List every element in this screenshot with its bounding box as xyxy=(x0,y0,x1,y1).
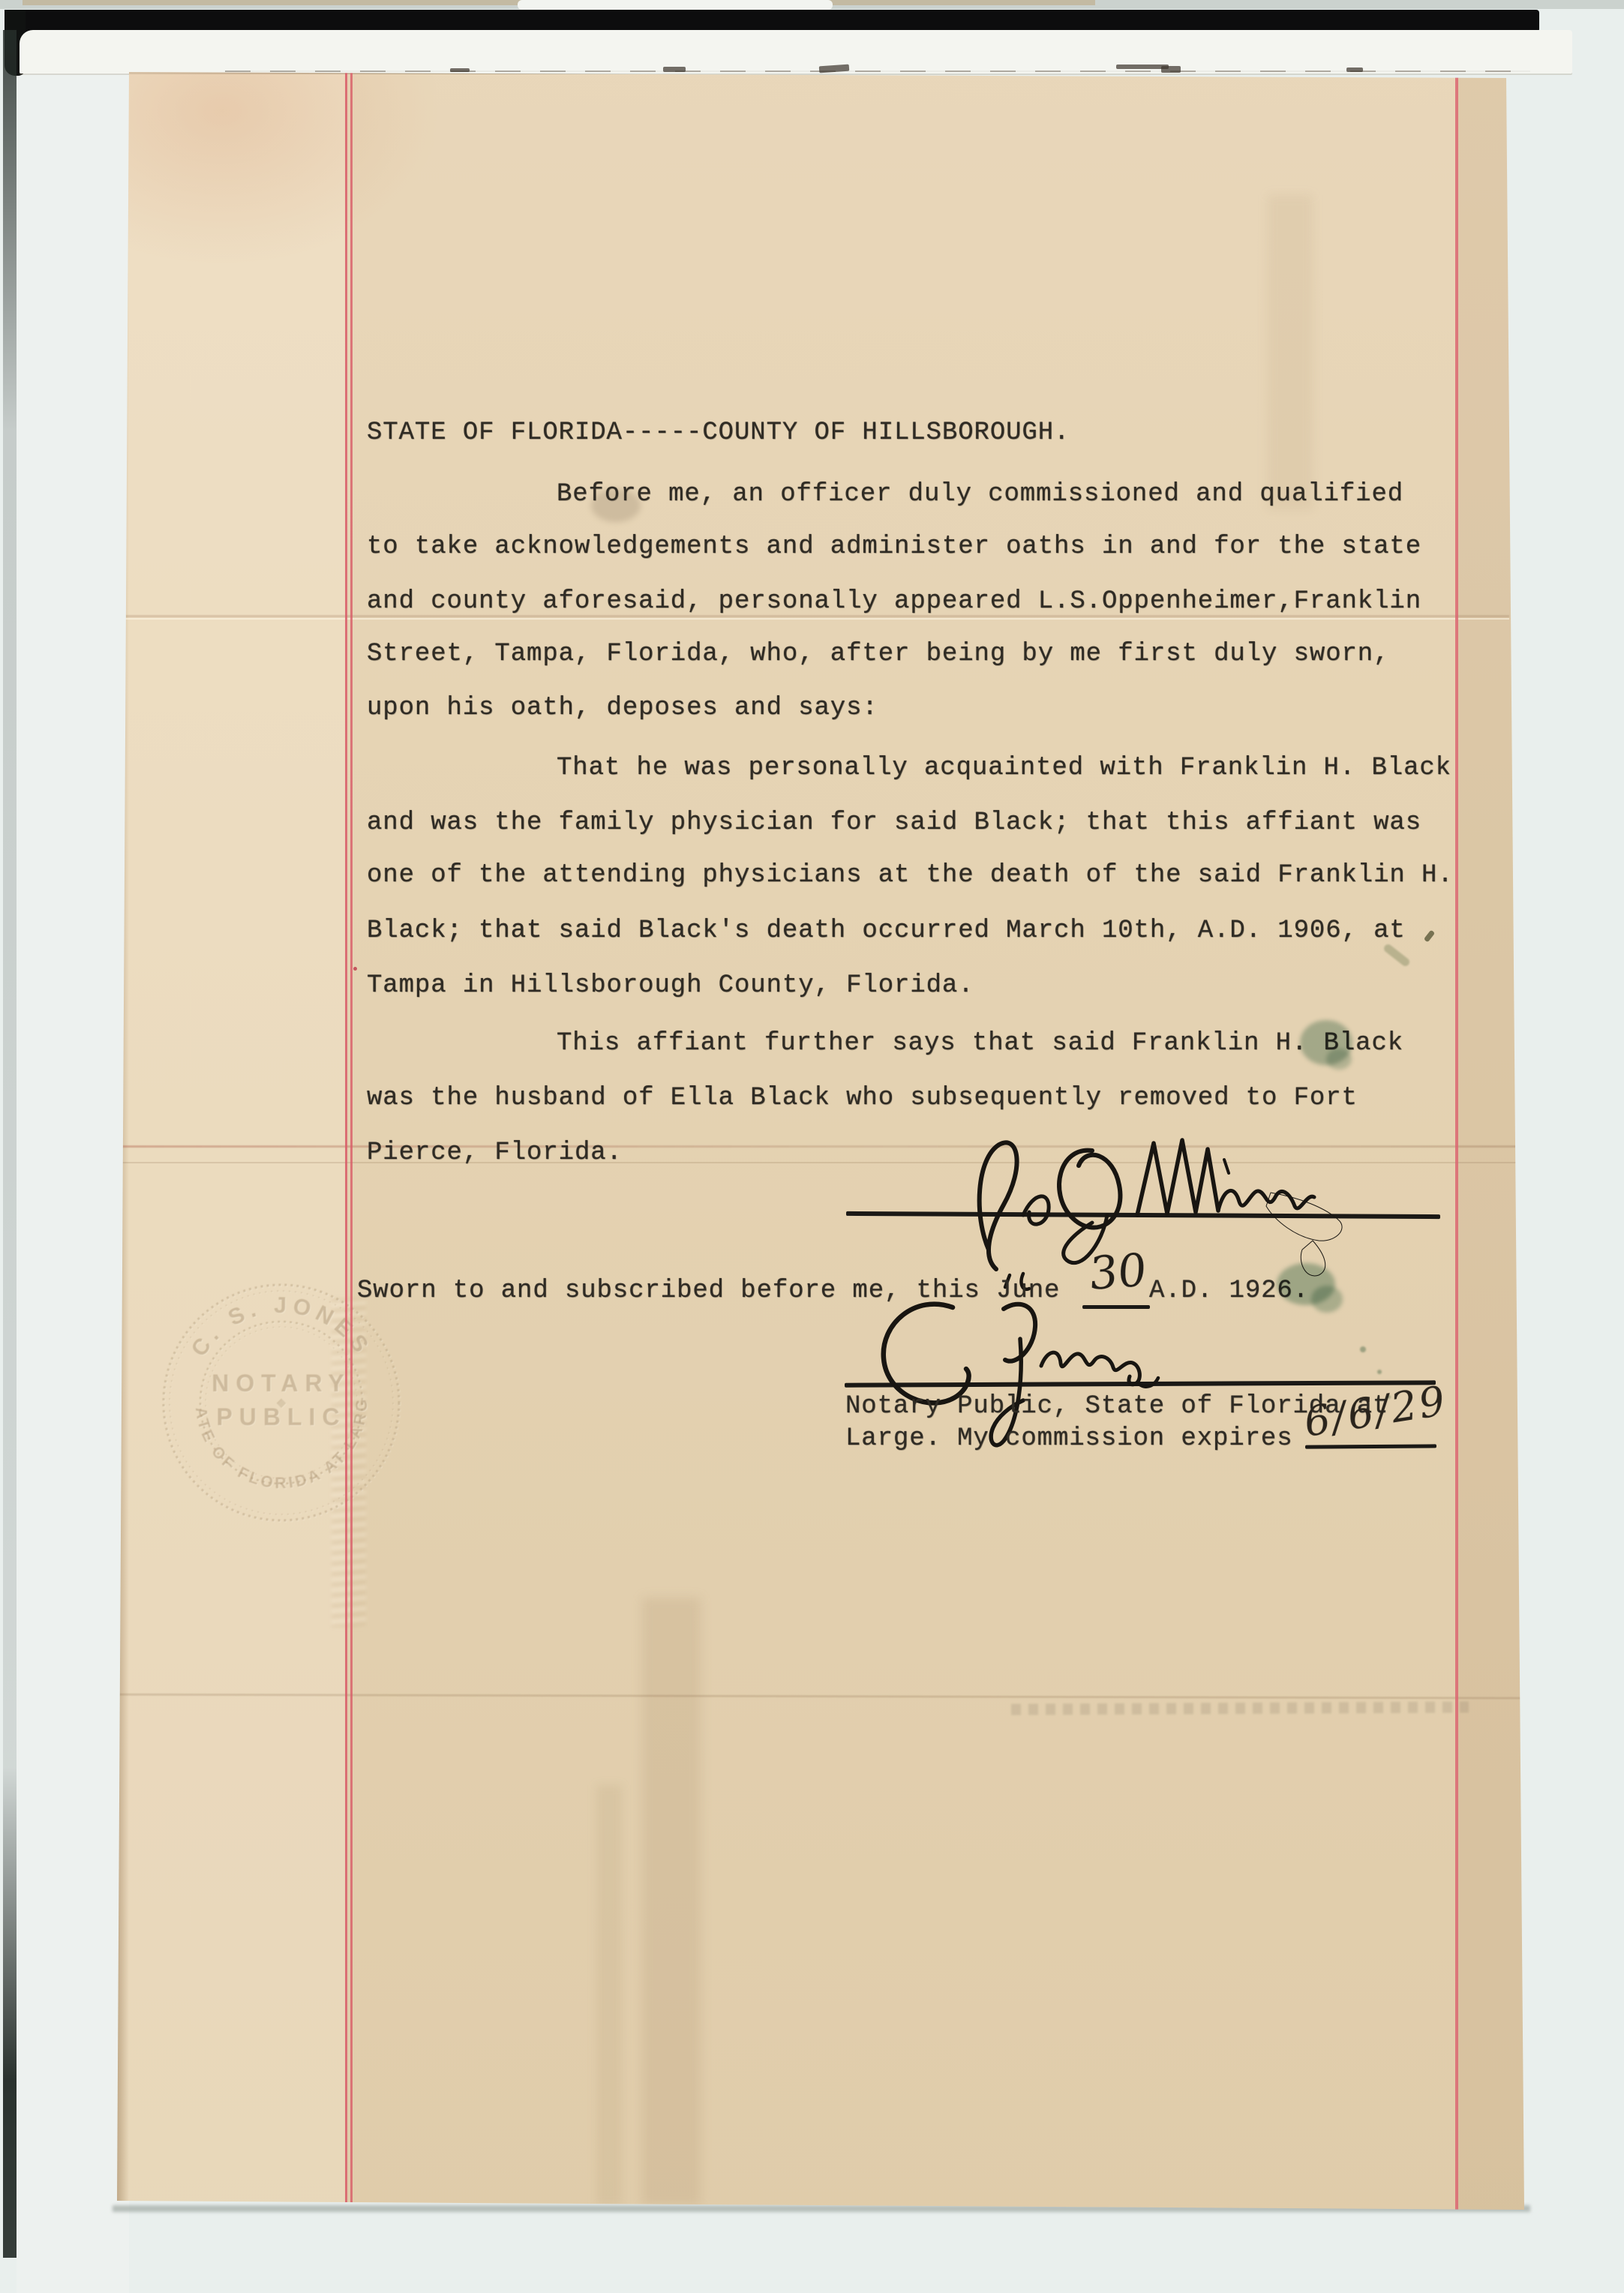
fold-crease-highlight xyxy=(117,618,1509,620)
typed-line: upon his oath, deposes and says: xyxy=(367,692,878,724)
typed-line: and county aforesaid, personally appeare… xyxy=(367,586,1421,617)
right-margin-rule xyxy=(1455,77,1458,2211)
typed-line: Pierce, Florida. xyxy=(367,1137,623,1169)
seal-center-line1: NOTARY xyxy=(212,1370,351,1397)
affidavit-paper: C. S. JONES STATE OF FLORIDA AT LARGE NO… xyxy=(0,0,1624,2293)
typed-line: Black; that said Black's death occurred … xyxy=(367,915,1406,947)
dirt-speck xyxy=(450,68,470,72)
ink-dot xyxy=(1387,1395,1391,1399)
scanner-shadow-band xyxy=(5,10,1539,32)
paper-top-shadow-line xyxy=(225,71,1530,72)
document-heading: STATE OF FLORIDA-----COUNTY OF HILLSBORO… xyxy=(367,417,1070,449)
aging-streak xyxy=(642,1598,701,2205)
typed-line: Before me, an officer duly commissioned … xyxy=(557,479,1403,510)
dirt-speck xyxy=(663,67,686,72)
ink-dot xyxy=(1360,1346,1366,1352)
ink-stain xyxy=(1326,1049,1352,1070)
ink-tick xyxy=(1424,930,1435,943)
dirt-speck xyxy=(1161,66,1181,73)
embossed-notary-seal: C. S. JONES STATE OF FLORIDA AT LARGE NO… xyxy=(154,1275,409,1530)
paper-tint xyxy=(117,72,346,2210)
paper-tint xyxy=(128,72,443,267)
red-speck xyxy=(353,967,357,971)
ink-dot xyxy=(1377,1370,1382,1374)
typed-line: That he was personally acquainted with F… xyxy=(557,752,1451,784)
typed-line: one of the attending physicians at the d… xyxy=(367,860,1454,891)
typed-line: Street, Tampa, Florida, who, after being… xyxy=(367,638,1389,670)
aging-streak xyxy=(596,1785,622,2205)
paper-tint xyxy=(1457,75,1525,2213)
left-margin-rule-inner xyxy=(350,72,353,2207)
expiry-underline xyxy=(1305,1444,1436,1448)
aging-streak xyxy=(1268,195,1313,510)
bleed-through-text xyxy=(1011,1701,1469,1715)
typed-line: and was the family physician for said Bl… xyxy=(367,807,1421,839)
tape-strip xyxy=(20,30,1572,74)
seal-arc-top-text: C. S. JONES xyxy=(187,1293,377,1361)
ink-stain xyxy=(1311,1286,1343,1313)
scanner-glare xyxy=(518,0,833,10)
typed-line: This affiant further says that said Fran… xyxy=(557,1028,1403,1059)
scanner-left-edge xyxy=(3,30,17,2258)
handwritten-day: 30 xyxy=(1088,1247,1148,1297)
dirt-speck xyxy=(1346,68,1363,72)
left-margin-rule xyxy=(345,72,347,2207)
fold-crease xyxy=(117,1694,1527,1700)
typed-line: to take acknowledgements and administer … xyxy=(367,531,1421,563)
scanned-affidavit-page: C. S. JONES STATE OF FLORIDA AT LARGE NO… xyxy=(0,0,1624,2293)
notary-title-line2: Large. My commission expires xyxy=(845,1423,1293,1454)
backing-sheet xyxy=(17,23,129,2293)
handwritten-expiry-date: 6/6/29 xyxy=(1301,1378,1450,1445)
typed-line: Tampa in Hillsborough County, Florida. xyxy=(367,970,974,1001)
